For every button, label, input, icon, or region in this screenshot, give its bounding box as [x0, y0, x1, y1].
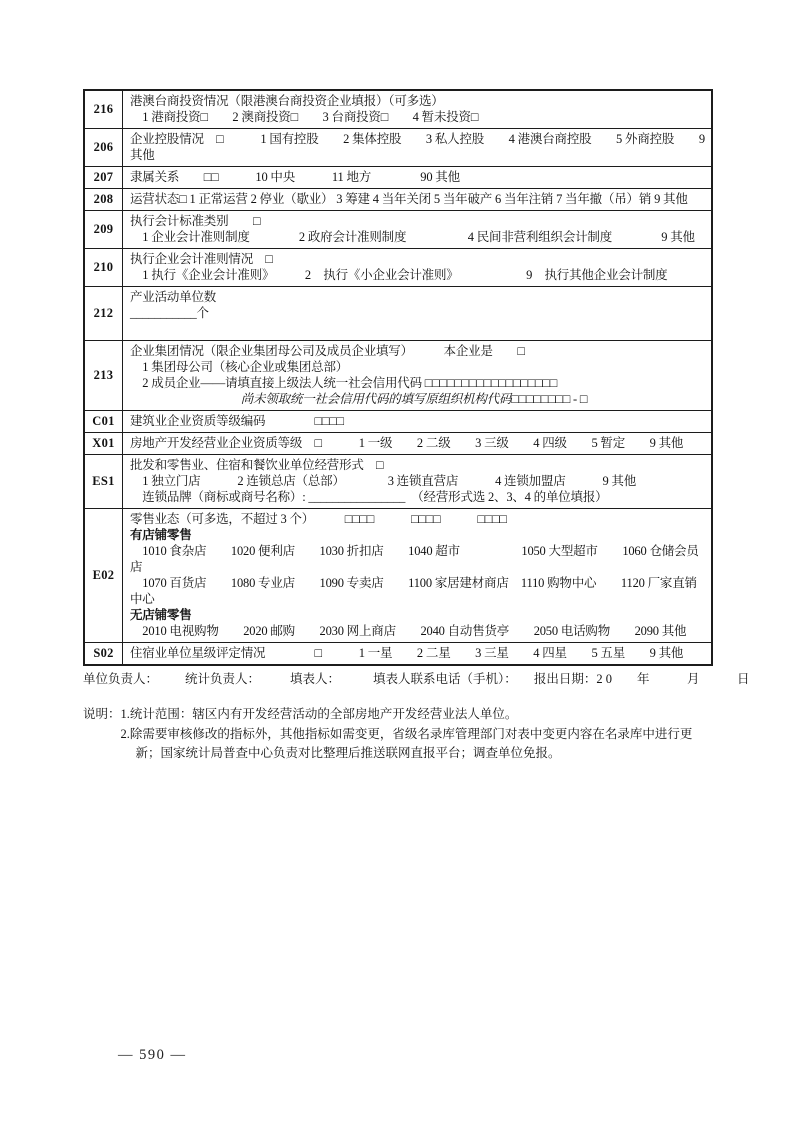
row-line: 1070 百货店 1080 专业店 1090 专卖店 1100 家居建材商店 1…	[130, 575, 705, 607]
table-row: 210 执行企业会计准则情况 □ 1 执行《企业会计准则》 2 执行《小企业会计…	[85, 248, 711, 286]
row-code: 216	[85, 91, 123, 128]
row-line: 企业控股情况 □ 1 国有控股 2 集体控股 3 私人控股 4 港澳台商控股 5…	[130, 131, 705, 163]
row-line: 产业活动单位数	[130, 289, 705, 305]
row-code: 209	[85, 211, 123, 248]
row-line: 1 集团母公司（核心企业或集团总部）	[130, 359, 705, 375]
note-item: 2.除需要审核修改的指标外，其他指标如需变更，省级名录库管理部门对表中变更内容在…	[121, 725, 713, 764]
table-row: 206 企业控股情况 □ 1 国有控股 2 集体控股 3 私人控股 4 港澳台商…	[85, 128, 711, 166]
form-page: 216 港澳台商投资情况（限港澳台商投资企业填报）（可多选） 1 港商投资□ 2…	[0, 0, 793, 1122]
stats-head-label: 统计负责人：	[185, 671, 260, 688]
row-line: 隶属关系 □□ 10 中央 11 地方 90 其他	[130, 169, 705, 185]
filler-label: 填表人：	[290, 671, 340, 688]
table-row: 208 运营状态□ 1 正常运营 2 停业（歇业） 3 筹建 4 当年关闭 5 …	[85, 188, 711, 210]
row-line: 零售业态（可多选，不超过 3 个） □□□□ □□□□ □□□□	[130, 511, 705, 527]
row-content: 运营状态□ 1 正常运营 2 停业（歇业） 3 筹建 4 当年关闭 5 当年破产…	[123, 189, 711, 210]
row-line: 无店铺零售	[130, 607, 705, 623]
row-line: 执行企业会计准则情况 □	[130, 251, 705, 267]
row-line: 批发和零售业、住宿和餐饮业单位经营形式 □	[130, 457, 705, 473]
row-line: 运营状态□ 1 正常运营 2 停业（歇业） 3 筹建 4 当年关闭 5 当年破产…	[130, 191, 705, 207]
phone-label: 填表人联系电话（手机）：	[373, 671, 517, 688]
row-code: 210	[85, 249, 123, 286]
page-content: 216 港澳台商投资情况（限港澳台商投资企业填报）（可多选） 1 港商投资□ 2…	[83, 89, 713, 764]
row-content: 住宿业单位星级评定情况 □ 1 一星 2 二星 3 三星 4 四星 5 五星 9…	[123, 643, 711, 664]
row-line: 1 执行《企业会计准则》 2 执行《小企业会计准则》 9 执行其他企业会计制度	[130, 267, 705, 283]
row-content: 房地产开发经营业企业资质等级 □ 1 一级 2 二级 3 三级 4 四级 5 暂…	[123, 433, 711, 454]
row-line: 执行会计标准类别 □	[130, 213, 705, 229]
report-date-value: 2 0 年 月 日	[596, 671, 749, 688]
row-line: 港澳台商投资情况（限港澳台商投资企业填报）（可多选）	[130, 93, 705, 109]
table-row: C01 建筑业企业资质等级编码 □□□□	[85, 410, 711, 432]
row-code: 208	[85, 189, 123, 210]
row-line: 1 独立门店 2 连锁总店（总部） 3 连锁直营店 4 连锁加盟店 9 其他	[130, 473, 705, 489]
page-number: — 590 —	[118, 1047, 187, 1064]
row-code: C01	[85, 411, 123, 432]
row-content: 执行会计标准类别 □ 1 企业会计准则制度 2 政府会计准则制度 4 民间非营利…	[123, 211, 711, 248]
row-line: 有店铺零售	[130, 527, 705, 543]
row-line: 房地产开发经营业企业资质等级 □ 1 一级 2 二级 3 三级 4 四级 5 暂…	[130, 435, 705, 451]
row-code: ES1	[85, 455, 123, 508]
row-content: 企业集团情况（限企业集团母公司及成员企业填写） 本企业是 □ 1 集团母公司（核…	[123, 341, 711, 410]
row-line: 2 成员企业——请填直接上级法人统一社会信用代码 □□□□□□□□□□□□□□□…	[130, 375, 705, 391]
row-content: 执行企业会计准则情况 □ 1 执行《企业会计准则》 2 执行《小企业会计准则》 …	[123, 249, 711, 286]
table-row: 216 港澳台商投资情况（限港澳台商投资企业填报）（可多选） 1 港商投资□ 2…	[85, 91, 711, 128]
table-row: S02 住宿业单位星级评定情况 □ 1 一星 2 二星 3 三星 4 四星 5 …	[85, 642, 711, 664]
table-row: 207 隶属关系 □□ 10 中央 11 地方 90 其他	[85, 166, 711, 188]
notes-label: 说明：	[83, 705, 121, 764]
row-line: 1 企业会计准则制度 2 政府会计准则制度 4 民间非营利组织会计制度 9 其他	[130, 229, 705, 245]
row-code: 213	[85, 341, 123, 410]
row-content: 企业控股情况 □ 1 国有控股 2 集体控股 3 私人控股 4 港澳台商控股 5…	[123, 129, 711, 166]
unit-head-label: 单位负责人：	[83, 671, 158, 688]
row-content: 港澳台商投资情况（限港澳台商投资企业填报）（可多选） 1 港商投资□ 2 澳商投…	[123, 91, 711, 128]
table-row: 212 产业活动单位数___________个	[85, 286, 711, 340]
form-table: 216 港澳台商投资情况（限港澳台商投资企业填报）（可多选） 1 港商投资□ 2…	[83, 89, 713, 666]
row-content: 产业活动单位数___________个	[123, 287, 711, 340]
row-code: X01	[85, 433, 123, 454]
table-row: 209 执行会计标准类别 □ 1 企业会计准则制度 2 政府会计准则制度 4 民…	[85, 210, 711, 248]
report-date-label: 报出日期：	[534, 671, 597, 688]
table-row: E02 零售业态（可多选，不超过 3 个） □□□□ □□□□ □□□□有店铺零…	[85, 508, 711, 642]
row-line: 企业集团情况（限企业集团母公司及成员企业填写） 本企业是 □	[130, 343, 705, 359]
note-item: 1.统计范围：辖区内有开发经营活动的全部房地产开发经营业法人单位。	[121, 705, 713, 725]
row-content: 零售业态（可多选，不超过 3 个） □□□□ □□□□ □□□□有店铺零售 10…	[123, 509, 711, 642]
row-content: 建筑业企业资质等级编码 □□□□	[123, 411, 711, 432]
table-row: X01 房地产开发经营业企业资质等级 □ 1 一级 2 二级 3 三级 4 四级…	[85, 432, 711, 454]
row-code: 206	[85, 129, 123, 166]
row-content: 批发和零售业、住宿和餐饮业单位经营形式 □ 1 独立门店 2 连锁总店（总部） …	[123, 455, 711, 508]
signature-row: 单位负责人： 统计负责人： 填表人： 填表人联系电话（手机）： 报出日期： 2 …	[83, 671, 713, 688]
notes-section: 说明： 1.统计范围：辖区内有开发经营活动的全部房地产开发经营业法人单位。2.除…	[83, 705, 713, 764]
row-code: S02	[85, 643, 123, 664]
row-line: 2010 电视购物 2020 邮购 2030 网上商店 2040 自动售货亭 2…	[130, 623, 705, 639]
row-line: 住宿业单位星级评定情况 □ 1 一星 2 二星 3 三星 4 四星 5 五星 9…	[130, 645, 705, 661]
row-line: 尚未领取统一社会信用代码的填写原组织机构代码□□□□□□□□ - □	[130, 391, 705, 407]
row-code: 207	[85, 167, 123, 188]
row-line: 连锁品牌（商标或商号名称）: ________________ （经营形式选 2…	[130, 489, 705, 505]
row-line	[130, 321, 705, 337]
row-content: 隶属关系 □□ 10 中央 11 地方 90 其他	[123, 167, 711, 188]
table-row: 213 企业集团情况（限企业集团母公司及成员企业填写） 本企业是 □ 1 集团母…	[85, 340, 711, 410]
table-row: ES1 批发和零售业、住宿和餐饮业单位经营形式 □ 1 独立门店 2 连锁总店（…	[85, 454, 711, 508]
row-code: E02	[85, 509, 123, 642]
row-line: 1010 食杂店 1020 便利店 1030 折扣店 1040 超市 1050 …	[130, 543, 705, 575]
row-line: 建筑业企业资质等级编码 □□□□	[130, 413, 705, 429]
row-line: ___________个	[130, 305, 705, 321]
row-code: 212	[85, 287, 123, 340]
row-line: 1 港商投资□ 2 澳商投资□ 3 台商投资□ 4 暂未投资□	[130, 109, 705, 125]
notes-items: 1.统计范围：辖区内有开发经营活动的全部房地产开发经营业法人单位。2.除需要审核…	[121, 705, 713, 764]
